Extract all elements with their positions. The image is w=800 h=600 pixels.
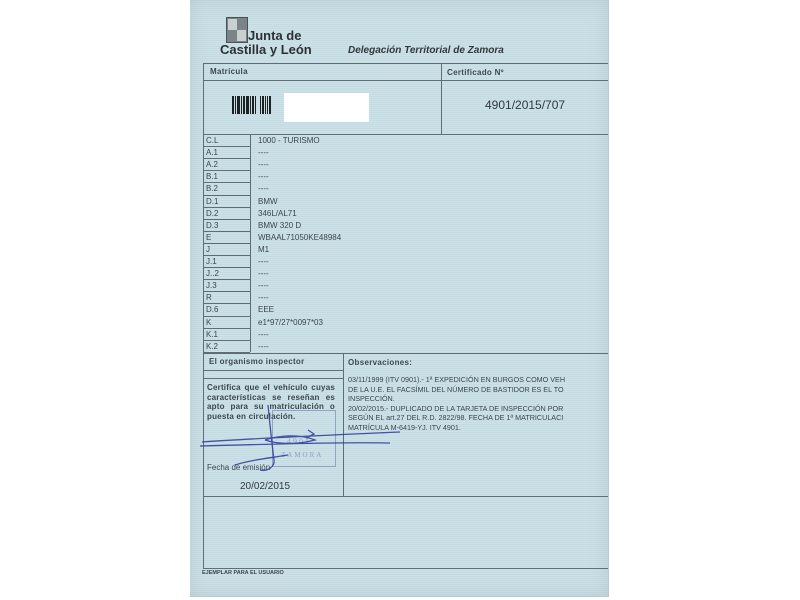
field-code: B.2 — [206, 184, 250, 193]
field-code: D.2 — [206, 209, 250, 218]
field-value: e1*97/27*0097*03 — [258, 318, 323, 327]
organization-name-line2: Castilla y León — [220, 42, 312, 57]
field-code: K.1 — [206, 330, 250, 339]
field-code: A.1 — [206, 148, 250, 157]
field-code: J.1 — [206, 257, 250, 266]
field-value: ---- — [258, 281, 269, 290]
field-value: ---- — [258, 257, 269, 266]
field-code: J — [206, 245, 250, 254]
field-code: A.2 — [206, 160, 250, 169]
certificado-label: Certificado Nº — [447, 68, 504, 77]
field-code: K.2 — [206, 342, 250, 351]
field-code: D.6 — [206, 305, 250, 314]
field-value: ---- — [258, 172, 269, 181]
field-code: K — [206, 318, 250, 327]
field-value: BMW — [258, 197, 278, 206]
field-value: BMW 320 D — [258, 221, 301, 230]
field-value: EEE — [258, 305, 274, 314]
observacion-line: 20/02/2015.- DUPLICADO DE LA TARJETA DE … — [348, 404, 565, 414]
certificado-number: 4901/2015/707 — [485, 98, 565, 112]
fecha-emision-value: 20/02/2015 — [240, 481, 290, 492]
organization-name-line1: Junta de — [248, 28, 301, 43]
observaciones-label: Observaciones: — [348, 358, 412, 367]
field-value: ---- — [258, 269, 269, 278]
field-value: ---- — [258, 293, 269, 302]
coat-of-arms-icon — [226, 17, 248, 43]
matricula-redacted-value — [284, 93, 369, 122]
field-code: E — [206, 233, 250, 242]
field-value: ---- — [258, 342, 269, 351]
matricula-label: Matrícula — [210, 67, 248, 76]
field-code: R — [206, 293, 250, 302]
observaciones-text: 03/11/1999 (ITV 0901).- 1ª EXPEDICIÓN EN… — [348, 375, 565, 432]
field-value: 346L/AL71 — [258, 209, 297, 218]
observacion-line: SEGÚN EL art.27 DEL R.D. 2822/98. FECHA … — [348, 413, 565, 423]
field-code: C.L — [206, 136, 250, 145]
field-code: D.1 — [206, 197, 250, 206]
field-value: 1000 - TURISMO — [258, 136, 320, 145]
fecha-emision-label: Fecha de emisión — [207, 463, 270, 472]
barcode-icon — [232, 96, 282, 114]
field-code: B.1 — [206, 172, 250, 181]
observacion-line: MATRÍCULA M-6419-YJ. ITV 4901. — [348, 423, 565, 433]
copy-label: EJEMPLAR PARA EL USUARIO — [202, 570, 284, 576]
field-value: ---- — [258, 148, 269, 157]
observacion-line: 03/11/1999 (ITV 0901).- 1ª EXPEDICIÓN EN… — [348, 375, 565, 385]
observacion-line: DE LA U.E. EL FACSÍMIL DEL NÚMERO DE BAS… — [348, 385, 565, 395]
observacion-line: INSPECCIÓN. — [348, 394, 565, 404]
field-value: ---- — [258, 330, 269, 339]
field-code: J..2 — [206, 269, 250, 278]
field-value: M1 — [258, 245, 269, 254]
delegation-title: Delegación Territorial de Zamora — [348, 45, 504, 56]
inspector-label: El organismo inspector — [209, 357, 305, 366]
field-code: J.3 — [206, 281, 250, 290]
field-value: ---- — [258, 184, 269, 193]
field-value: WBAAL71050KE48984 — [258, 233, 341, 242]
field-code: D.3 — [206, 221, 250, 230]
field-value: ---- — [258, 160, 269, 169]
inspection-card: Junta de Castilla y León Delegación Terr… — [190, 0, 609, 597]
